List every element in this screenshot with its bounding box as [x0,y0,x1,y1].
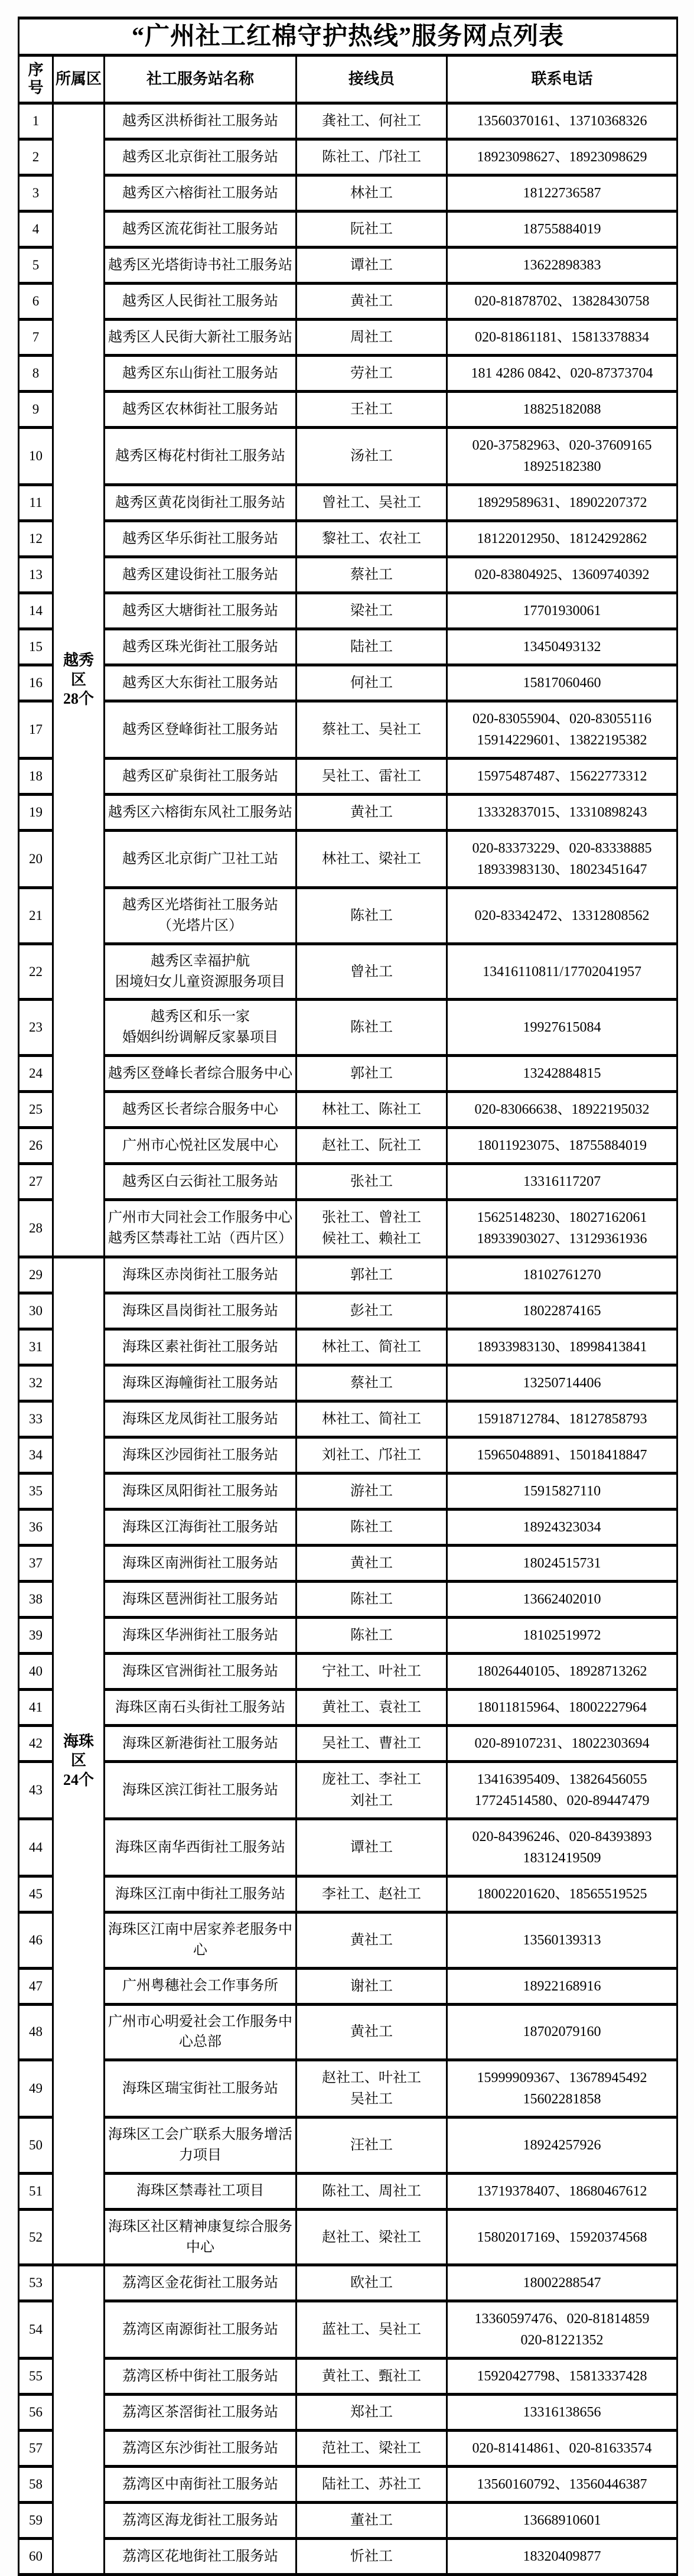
table-row: 47广州粤穗社会工作事务所谢社工18922168916 [19,1968,677,2004]
cell-station: 越秀区洪桥街社工服务站 [105,103,297,139]
cell-station: 越秀区珠光街社工服务站 [105,629,297,665]
cell-station: 越秀区北京街广卫社工站 [105,831,297,888]
cell-phone: 18825182088 [447,392,677,428]
cell-station: 海珠区沙园街社工服务站 [105,1437,297,1473]
cell-operator: 张社工、曾社工 候社工、赖社工 [297,1199,447,1257]
table-row: 15越秀区珠光街社工服务站陆社工13450493132 [19,629,677,665]
cell-operator: 郭社工 [297,1257,447,1293]
cell-station: 海珠区素社街社工服务站 [105,1329,297,1365]
cell-station: 广州市心悦社区发展中心 [105,1127,297,1163]
cell-phone: 13416395409、13826456055 17724514580、020-… [447,1761,677,1819]
cell-station: 海珠区官洲街社工服务站 [105,1653,297,1689]
cell-phone: 18122736587 [447,175,677,212]
cell-station: 海珠区江南中街社工服务站 [105,1876,297,1912]
cell-station: 荔湾区海龙街社工服务站 [105,2503,297,2539]
cell-operator: 阮社工 [297,212,447,248]
cell-operator: 周社工 [297,320,447,356]
cell-operator: 郑社工 [297,2395,447,2431]
table-row: 26广州市心悦社区发展中心赵社工、阮社工18011923075、18755884… [19,1127,677,1163]
cell-phone: 17701930061 [447,593,677,629]
page: “广州社工红棉守护热线”服务网点列表 序号 所属区 社工服务站名称 接线员 联系… [0,0,694,2576]
cell-index: 6 [19,284,53,320]
cell-phone: 18102519972 [447,1617,677,1653]
cell-phone: 15965048891、15018418847 [447,1437,677,1473]
cell-index: 17 [19,701,53,759]
table-row: 16越秀区大东街社工服务站何社工15817060460 [19,665,677,701]
cell-phone: 020-83373229、020-83338885 18933983130、18… [447,831,677,888]
table-row: 53荔湾区金花街社工服务站欧社工18002288547 [19,2265,677,2301]
cell-operator: 林社工、梁社工 [297,831,447,888]
cell-index: 24 [19,1055,53,1091]
table-row: 6越秀区人民街社工服务站黄社工020-81878702、13828430758 [19,284,677,320]
cell-operator: 谢社工 [297,1968,447,2004]
table-row: 21越秀区光塔街社工服务站 （光塔片区）陈社工020-83342472、1331… [19,888,677,944]
cell-phone: 18122012950、18124292862 [447,521,677,557]
table-row: 10越秀区梅花村街社工服务站汤社工020-37582963、020-376091… [19,428,677,485]
table-row: 30海珠区昌岗街社工服务站彭社工18022874165 [19,1293,677,1329]
table-row: 51海珠区禁毒社工项目陈社工、周社工13719378407、1868046761… [19,2173,677,2209]
cell-operator: 劳社工 [297,356,447,392]
table-row: 17越秀区登峰街社工服务站蔡社工、吴社工020-83055904、020-830… [19,701,677,759]
cell-phone: 13560160792、13560446387 [447,2467,677,2503]
table-row: 45海珠区江南中街社工服务站李社工、赵社工18002201620、1856551… [19,1876,677,1912]
cell-operator: 谭社工 [297,1819,447,1876]
cell-phone: 15918712784、18127858793 [447,1401,677,1437]
cell-phone: 18933983130、18998413841 [447,1329,677,1365]
table-row: 8越秀区东山街社工服务站劳社工181 4286 0842、020-8737370… [19,356,677,392]
cell-phone: 020-84396246、020-84393893 18312419509 [447,1819,677,1876]
table-row: 20越秀区北京街广卫社工站林社工、梁社工020-83373229、020-833… [19,831,677,888]
cell-station: 海珠区凤阳街社工服务站 [105,1473,297,1509]
cell-operator: 林社工、陈社工 [297,1091,447,1127]
cell-station: 海珠区海幢街社工服务站 [105,1365,297,1401]
cell-operator: 蔡社工 [297,557,447,593]
cell-station: 海珠区社区精神康复综合服务中心 [105,2209,297,2265]
cell-station: 荔湾区南源街社工服务站 [105,2301,297,2359]
cell-station: 越秀区黄花岗街社工服务站 [105,485,297,521]
cell-index: 33 [19,1401,53,1437]
cell-station: 海珠区龙凤街社工服务站 [105,1401,297,1437]
cell-station: 荔湾区桥中街社工服务站 [105,2359,297,2395]
col-header-district: 所属区 [53,56,105,103]
table-row: 34海珠区沙园街社工服务站刘社工、邝社工15965048891、15018418… [19,1437,677,1473]
cell-station: 越秀区建设街社工服务站 [105,557,297,593]
cell-station: 荔湾区金花街社工服务站 [105,2265,297,2301]
cell-phone: 13662402010 [447,1581,677,1617]
cell-index: 26 [19,1127,53,1163]
cell-phone: 15975487487、15622773312 [447,759,677,795]
cell-index: 48 [19,2004,53,2060]
cell-phone: 020-83066638、18922195032 [447,1091,677,1127]
cell-index: 18 [19,759,53,795]
cell-phone: 15999909367、13678945492 15602281858 [447,2060,677,2118]
cell-operator: 董社工 [297,2503,447,2539]
cell-phone: 020-81878702、13828430758 [447,284,677,320]
cell-station: 越秀区幸福护航 困境妇女儿童资源服务项目 [105,944,297,1000]
cell-index: 27 [19,1163,53,1199]
cell-index: 10 [19,428,53,485]
cell-phone: 020-81861181、15813378834 [447,320,677,356]
col-header-operator: 接线员 [297,56,447,103]
cell-phone: 15802017169、15920374568 [447,2209,677,2265]
cell-phone: 18924257926 [447,2118,677,2174]
table-row: 59荔湾区海龙街社工服务站董社工13668910601 [19,2503,677,2539]
table-row: 49海珠区瑞宝街社工服务站赵社工、叶社工 吴社工15999909367、1367… [19,2060,677,2118]
cell-operator: 范社工、梁社工 [297,2431,447,2467]
table-row: 57荔湾区东沙街社工服务站范社工、梁社工020-81414861、020-816… [19,2431,677,2467]
cell-index: 13 [19,557,53,593]
table-row: 5越秀区光塔街诗书社工服务站谭社工13622898383 [19,248,677,284]
cell-index: 54 [19,2301,53,2359]
table-row: 43海珠区滨江街社工服务站庞社工、李社工 刘社工13416395409、1382… [19,1761,677,1819]
table-row: 41海珠区南石头街社工服务站黄社工、袁社工18011815964、1800222… [19,1689,677,1725]
page-title: “广州社工红棉守护热线”服务网点列表 [19,18,677,56]
cell-operator: 赵社工、梁社工 [297,2209,447,2265]
table-row: 18越秀区矿泉街社工服务站吴社工、雷社工15975487487、15622773… [19,759,677,795]
cell-operator: 陈社工 [297,1617,447,1653]
cell-station: 越秀区光塔街社工服务站 （光塔片区） [105,888,297,944]
cell-index: 57 [19,2431,53,2467]
table-row: 55荔湾区桥中街社工服务站黄社工、甄社工15920427798、15813337… [19,2359,677,2395]
cell-index: 31 [19,1329,53,1365]
cell-station: 越秀区大塘街社工服务站 [105,593,297,629]
cell-index: 45 [19,1876,53,1912]
table-row: 1越秀区 28个越秀区洪桥街社工服务站龚社工、何社工13560370161、13… [19,103,677,139]
cell-operator: 陈社工、邝社工 [297,139,447,175]
cell-operator: 陆社工、苏社工 [297,2467,447,2503]
cell-station: 海珠区南石头街社工服务站 [105,1689,297,1725]
cell-station: 海珠区昌岗街社工服务站 [105,1293,297,1329]
table-row: 27越秀区白云街社工服务站张社工13316117207 [19,1163,677,1199]
cell-index: 32 [19,1365,53,1401]
cell-station: 海珠区禁毒社工项目 [105,2173,297,2209]
cell-phone: 13316138656 [447,2395,677,2431]
table-row: 52海珠区社区精神康复综合服务中心赵社工、梁社工15802017169、1592… [19,2209,677,2265]
cell-index: 52 [19,2209,53,2265]
cell-station: 海珠区江南中居家养老服务中心 [105,1912,297,1968]
cell-operator: 李社工、赵社工 [297,1876,447,1912]
cell-operator: 游社工 [297,1473,447,1509]
cell-station: 海珠区滨江街社工服务站 [105,1761,297,1819]
cell-operator: 王社工 [297,392,447,428]
cell-phone: 18929589631、18902207372 [447,485,677,521]
cell-station: 海珠区南华西街社工服务站 [105,1819,297,1876]
cell-phone: 13332837015、13310898243 [447,795,677,831]
cell-phone: 18320409877 [447,2539,677,2575]
cell-phone: 18922168916 [447,1968,677,2004]
cell-operator: 何社工 [297,665,447,701]
cell-phone: 020-37582963、020-37609165 18925182380 [447,428,677,485]
cell-operator: 曾社工、吴社工 [297,485,447,521]
cell-index: 25 [19,1091,53,1127]
cell-phone: 15625148230、18027162061 18933903027、1312… [447,1199,677,1257]
cell-station: 越秀区大东街社工服务站 [105,665,297,701]
cell-station: 越秀区流花街社工服务站 [105,212,297,248]
cell-phone: 13416110811/17702041957 [447,944,677,1000]
table-row: 19越秀区六榕街东风社工服务站黄社工13332837015、1331089824… [19,795,677,831]
cell-index: 40 [19,1653,53,1689]
cell-phone: 13450493132 [447,629,677,665]
cell-station: 海珠区工会广联系大服务增活力项目 [105,2118,297,2174]
cell-index: 21 [19,888,53,944]
table-row: 29海珠区 24个海珠区赤岗街社工服务站郭社工18102761270 [19,1257,677,1293]
cell-operator: 吴社工、曹社工 [297,1725,447,1761]
cell-operator: 陈社工 [297,1509,447,1545]
cell-phone: 13560370161、13710368326 [447,103,677,139]
cell-operator: 黄社工 [297,284,447,320]
table-row: 39海珠区华洲街社工服务站陈社工18102519972 [19,1617,677,1653]
cell-index: 41 [19,1689,53,1725]
cell-operator: 黄社工、袁社工 [297,1689,447,1725]
cell-operator: 黄社工、甄社工 [297,2359,447,2395]
cell-phone: 13560139313 [447,1912,677,1968]
cell-index: 12 [19,521,53,557]
table-row: 23越秀区和乐一家 婚姻纠纷调解反家暴项目陈社工19927615084 [19,1000,677,1056]
table-row: 13越秀区建设街社工服务站蔡社工020-83804925、13609740392 [19,557,677,593]
table-row: 36海珠区江海街社工服务站陈社工18924323034 [19,1509,677,1545]
cell-phone: 18924323034 [447,1509,677,1545]
district-group-cell: 越秀区 28个 [53,103,105,1257]
cell-operator: 赵社工、叶社工 吴社工 [297,2060,447,2118]
table-row: 31海珠区素社街社工服务站林社工、简社工18933983130、18998413… [19,1329,677,1365]
cell-operator: 林社工 [297,175,447,212]
cell-index: 47 [19,1968,53,2004]
cell-phone: 13668910601 [447,2503,677,2539]
cell-station: 海珠区瑞宝街社工服务站 [105,2060,297,2118]
table-row: 11越秀区黄花岗街社工服务站曾社工、吴社工18929589631、1890220… [19,485,677,521]
cell-operator: 陈社工 [297,1581,447,1617]
cell-index: 28 [19,1199,53,1257]
cell-index: 35 [19,1473,53,1509]
table-row: 58荔湾区中南街社工服务站陆社工、苏社工13560160792、13560446… [19,2467,677,2503]
district-group-cell: 海珠区 24个 [53,1257,105,2265]
cell-index: 29 [19,1257,53,1293]
cell-operator: 吴社工、雷社工 [297,759,447,795]
cell-station: 荔湾区东沙街社工服务站 [105,2431,297,2467]
cell-operator: 蔡社工、吴社工 [297,701,447,759]
cell-index: 22 [19,944,53,1000]
cell-phone: 18026440105、18928713262 [447,1653,677,1689]
cell-phone: 181 4286 0842、020-87373704 [447,356,677,392]
table-row: 60荔湾区花地街社工服务站忻社工18320409877 [19,2539,677,2575]
cell-station: 越秀区人民街社工服务站 [105,284,297,320]
cell-station: 海珠区新港街社工服务站 [105,1725,297,1761]
cell-index: 39 [19,1617,53,1653]
cell-station: 越秀区登峰街社工服务站 [105,701,297,759]
table-row: 4越秀区流花街社工服务站阮社工18755884019 [19,212,677,248]
cell-phone: 18702079160 [447,2004,677,2060]
cell-index: 19 [19,795,53,831]
table-row: 44海珠区南华西街社工服务站谭社工020-84396246、020-843938… [19,1819,677,1876]
cell-phone: 020-83055904、020-83055116 15914229601、13… [447,701,677,759]
cell-index: 46 [19,1912,53,1968]
cell-station: 海珠区南洲街社工服务站 [105,1545,297,1581]
cell-operator: 蔡社工 [297,1365,447,1401]
cell-station: 越秀区光塔街诗书社工服务站 [105,248,297,284]
cell-station: 越秀区人民街大新社工服务站 [105,320,297,356]
cell-operator: 宁社工、叶社工 [297,1653,447,1689]
cell-phone: 18024515731 [447,1545,677,1581]
table-row: 35海珠区凤阳街社工服务站游社工15915827110 [19,1473,677,1509]
cell-station: 广州粤穗社会工作事务所 [105,1968,297,2004]
table-row: 42海珠区新港街社工服务站吴社工、曹社工020-89107231、1802230… [19,1725,677,1761]
cell-operator: 龚社工、何社工 [297,103,447,139]
cell-phone: 13250714406 [447,1365,677,1401]
cell-index: 34 [19,1437,53,1473]
table-row: 24越秀区登峰长者综合服务中心郭社工13242884815 [19,1055,677,1091]
table-row: 25越秀区长者综合服务中心林社工、陈社工020-83066638、1892219… [19,1091,677,1127]
cell-station: 越秀区矿泉街社工服务站 [105,759,297,795]
cell-operator: 汤社工 [297,428,447,485]
cell-phone: 020-83342472、13312808562 [447,888,677,944]
cell-index: 56 [19,2395,53,2431]
cell-operator: 曾社工 [297,944,447,1000]
table-row: 32海珠区海幢街社工服务站蔡社工13250714406 [19,1365,677,1401]
cell-station: 海珠区华洲街社工服务站 [105,1617,297,1653]
table-row: 22越秀区幸福护航 困境妇女儿童资源服务项目曾社工13416110811/177… [19,944,677,1000]
title-row: “广州社工红棉守护热线”服务网点列表 [19,18,677,56]
table-row: 37海珠区南洲街社工服务站黄社工18024515731 [19,1545,677,1581]
table-row: 33海珠区龙凤街社工服务站林社工、简社工15918712784、18127858… [19,1401,677,1437]
cell-station: 越秀区白云街社工服务站 [105,1163,297,1199]
cell-station: 越秀区梅花村街社工服务站 [105,428,297,485]
cell-phone: 19927615084 [447,1000,677,1056]
cell-index: 58 [19,2467,53,2503]
cell-index: 11 [19,485,53,521]
cell-index: 14 [19,593,53,629]
table-body: 1越秀区 28个越秀区洪桥街社工服务站龚社工、何社工13560370161、13… [19,103,677,2575]
cell-operator: 陈社工、周社工 [297,2173,447,2209]
table-row: 38海珠区琶洲街社工服务站陈社工13662402010 [19,1581,677,1617]
cell-operator: 梁社工 [297,593,447,629]
cell-operator: 陈社工 [297,1000,447,1056]
cell-index: 60 [19,2539,53,2575]
cell-phone: 18002201620、18565519525 [447,1876,677,1912]
cell-phone: 15915827110 [447,1473,677,1509]
cell-index: 53 [19,2265,53,2301]
cell-index: 43 [19,1761,53,1819]
column-header-row: 序号 所属区 社工服务站名称 接线员 联系电话 [19,56,677,103]
table-row: 12越秀区华乐街社工服务站黎社工、农社工18122012950、18124292… [19,521,677,557]
cell-station: 越秀区六榕街社工服务站 [105,175,297,212]
cell-station: 海珠区琶洲街社工服务站 [105,1581,297,1617]
cell-index: 55 [19,2359,53,2395]
cell-station: 越秀区农林街社工服务站 [105,392,297,428]
cell-phone: 18022874165 [447,1293,677,1329]
cell-station: 广州市大同社会工作服务中心 越秀区禁毒社工站（西片区） [105,1199,297,1257]
cell-phone: 15817060460 [447,665,677,701]
cell-station: 荔湾区中南街社工服务站 [105,2467,297,2503]
table-row: 46海珠区江南中居家养老服务中心黄社工13560139313 [19,1912,677,1968]
cell-station: 荔湾区花地街社工服务站 [105,2539,297,2575]
cell-station: 越秀区华乐街社工服务站 [105,521,297,557]
cell-operator: 忻社工 [297,2539,447,2575]
cell-station: 越秀区北京街社工服务站 [105,139,297,175]
cell-station: 海珠区赤岗街社工服务站 [105,1257,297,1293]
cell-phone: 13242884815 [447,1055,677,1091]
cell-station: 广州市心明爱社会工作服务中心总部 [105,2004,297,2060]
cell-phone: 18755884019 [447,212,677,248]
cell-phone: 020-89107231、18022303694 [447,1725,677,1761]
cell-phone: 020-83804925、13609740392 [447,557,677,593]
cell-phone: 18923098627、18923098629 [447,139,677,175]
cell-operator: 黄社工 [297,795,447,831]
cell-phone: 13622898383 [447,248,677,284]
cell-index: 50 [19,2118,53,2174]
col-header-station: 社工服务站名称 [105,56,297,103]
cell-operator: 庞社工、李社工 刘社工 [297,1761,447,1819]
cell-index: 49 [19,2060,53,2118]
table-row: 7越秀区人民街大新社工服务站周社工020-81861181、1581337883… [19,320,677,356]
cell-index: 15 [19,629,53,665]
cell-index: 8 [19,356,53,392]
cell-index: 44 [19,1819,53,1876]
cell-station: 荔湾区茶滘街社工服务站 [105,2395,297,2431]
cell-index: 23 [19,1000,53,1056]
cell-phone: 020-81414861、020-81633574 [447,2431,677,2467]
cell-index: 38 [19,1581,53,1617]
cell-phone: 18002288547 [447,2265,677,2301]
cell-operator: 陈社工 [297,888,447,944]
cell-operator: 林社工、简社工 [297,1401,447,1437]
cell-operator: 刘社工、邝社工 [297,1437,447,1473]
table-row: 14越秀区大塘街社工服务站梁社工17701930061 [19,593,677,629]
cell-index: 37 [19,1545,53,1581]
cell-operator: 黄社工 [297,2004,447,2060]
table-row: 48广州市心明爱社会工作服务中心总部黄社工18702079160 [19,2004,677,2060]
district-group-cell [53,2265,105,2575]
cell-index: 16 [19,665,53,701]
cell-station: 越秀区登峰长者综合服务中心 [105,1055,297,1091]
table-row: 3越秀区六榕街社工服务站林社工18122736587 [19,175,677,212]
table-row: 2越秀区北京街社工服务站陈社工、邝社工18923098627、189230986… [19,139,677,175]
cell-station: 越秀区长者综合服务中心 [105,1091,297,1127]
cell-operator: 林社工、简社工 [297,1329,447,1365]
cell-operator: 谭社工 [297,248,447,284]
cell-operator: 欧社工 [297,2265,447,2301]
cell-operator: 汪社工 [297,2118,447,2174]
cell-operator: 彭社工 [297,1293,447,1329]
table-row: 56荔湾区茶滘街社工服务站郑社工13316138656 [19,2395,677,2431]
cell-phone: 15920427798、15813337428 [447,2359,677,2395]
cell-index: 3 [19,175,53,212]
cell-index: 51 [19,2173,53,2209]
cell-phone: 18011923075、18755884019 [447,1127,677,1163]
service-network-table: “广州社工红棉守护热线”服务网点列表 序号 所属区 社工服务站名称 接线员 联系… [18,17,678,2576]
cell-phone: 18102761270 [447,1257,677,1293]
cell-operator: 郭社工 [297,1055,447,1091]
cell-operator: 赵社工、阮社工 [297,1127,447,1163]
cell-operator: 陆社工 [297,629,447,665]
cell-station: 越秀区东山街社工服务站 [105,356,297,392]
cell-index: 1 [19,103,53,139]
cell-phone: 18011815964、18002227964 [447,1689,677,1725]
cell-phone: 13360597476、020-81814859 020-81221352 [447,2301,677,2359]
cell-index: 59 [19,2503,53,2539]
cell-index: 2 [19,139,53,175]
cell-station: 海珠区江海街社工服务站 [105,1509,297,1545]
cell-index: 7 [19,320,53,356]
cell-index: 20 [19,831,53,888]
cell-operator: 张社工 [297,1163,447,1199]
cell-operator: 黄社工 [297,1912,447,1968]
cell-operator: 黎社工、农社工 [297,521,447,557]
cell-phone: 13316117207 [447,1163,677,1199]
table-row: 50海珠区工会广联系大服务增活力项目汪社工18924257926 [19,2118,677,2174]
cell-index: 4 [19,212,53,248]
cell-operator: 蓝社工、吴社工 [297,2301,447,2359]
cell-phone: 13719378407、18680467612 [447,2173,677,2209]
